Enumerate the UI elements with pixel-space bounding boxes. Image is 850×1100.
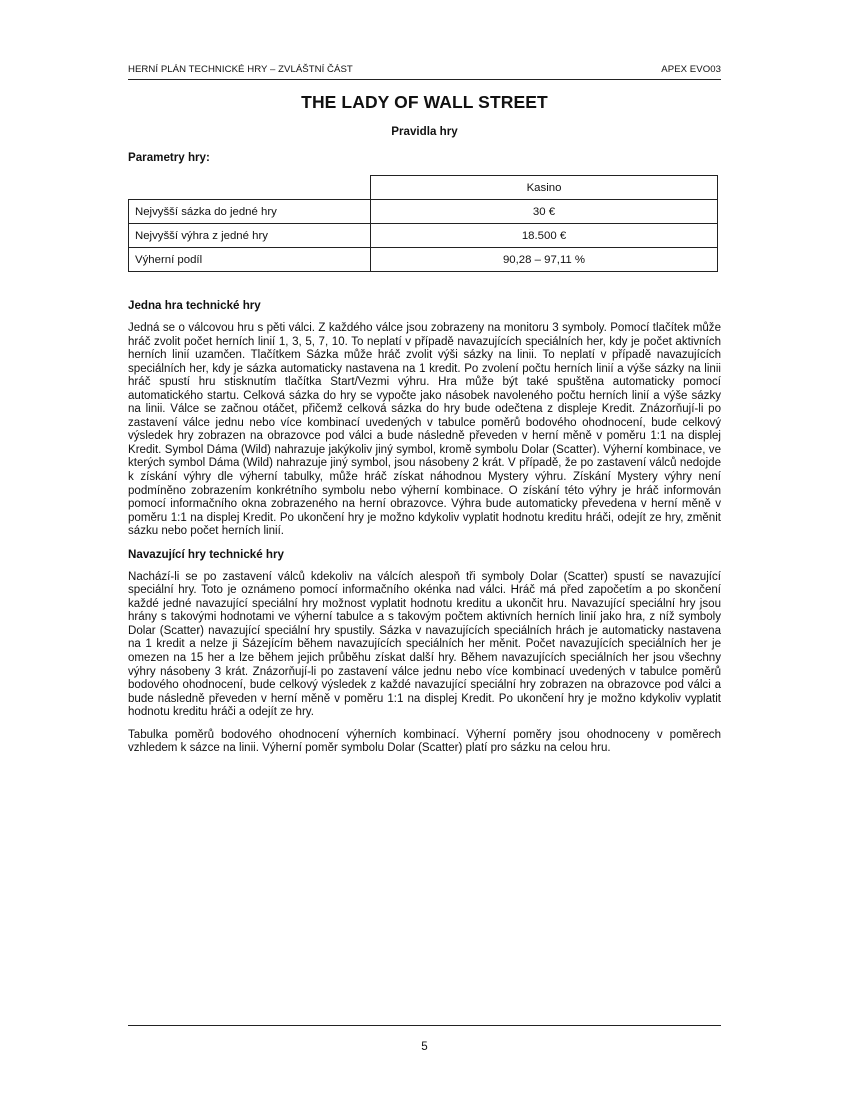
footer-divider <box>128 1025 721 1026</box>
parameters-heading: Parametry hry: <box>128 151 210 164</box>
rules-content: Jedna hra technické hry Jedná se o válco… <box>128 299 721 765</box>
running-header: HERNÍ PLÁN TECHNICKÉ HRY – ZVLÁŠTNÍ ČÁST… <box>128 64 721 75</box>
section-single-game: Jedna hra technické hry Jedná se o válco… <box>128 299 721 539</box>
page-subtitle: Pravidla hry <box>128 125 721 138</box>
row-label: Nejvyšší sázka do jedné hry <box>129 200 371 224</box>
header-empty-cell <box>129 176 371 200</box>
paragraph: Nachází-li se po zastavení válců kdekoli… <box>128 571 721 720</box>
section-heading: Navazující hry technické hry <box>128 548 721 562</box>
row-value: 30 € <box>371 200 718 224</box>
row-label: Výherní podíl <box>129 248 371 272</box>
section-bonus-games: Navazující hry technické hry Nachází-li … <box>128 548 721 756</box>
page-title: THE LADY OF WALL STREET <box>128 92 721 113</box>
paragraph: Tabulka poměrů bodového ohodnocení výher… <box>128 729 721 756</box>
column-header-kasino: Kasino <box>371 176 718 200</box>
table-row: Nejvyšší výhra z jedné hry 18.500 € <box>129 224 718 248</box>
header-document-type: HERNÍ PLÁN TECHNICKÉ HRY – ZVLÁŠTNÍ ČÁST <box>128 64 353 75</box>
row-label: Nejvyšší výhra z jedné hry <box>129 224 371 248</box>
table-row: Nejvyšší sázka do jedné hry 30 € <box>129 200 718 224</box>
parameters-table: Kasino Nejvyšší sázka do jedné hry 30 € … <box>128 175 718 272</box>
table-row: Výherní podíl 90,28 – 97,11 % <box>129 248 718 272</box>
parameters-table-header: Kasino <box>129 176 718 200</box>
section-heading: Jedna hra technické hry <box>128 299 721 313</box>
page-number: 5 <box>128 1040 721 1053</box>
paragraph: Jedná se o válcovou hru s pěti válci. Z … <box>128 322 721 539</box>
row-value: 90,28 – 97,11 % <box>371 248 718 272</box>
row-value: 18.500 € <box>371 224 718 248</box>
header-divider <box>128 79 721 80</box>
header-game-code: APEX EVO03 <box>661 64 721 75</box>
